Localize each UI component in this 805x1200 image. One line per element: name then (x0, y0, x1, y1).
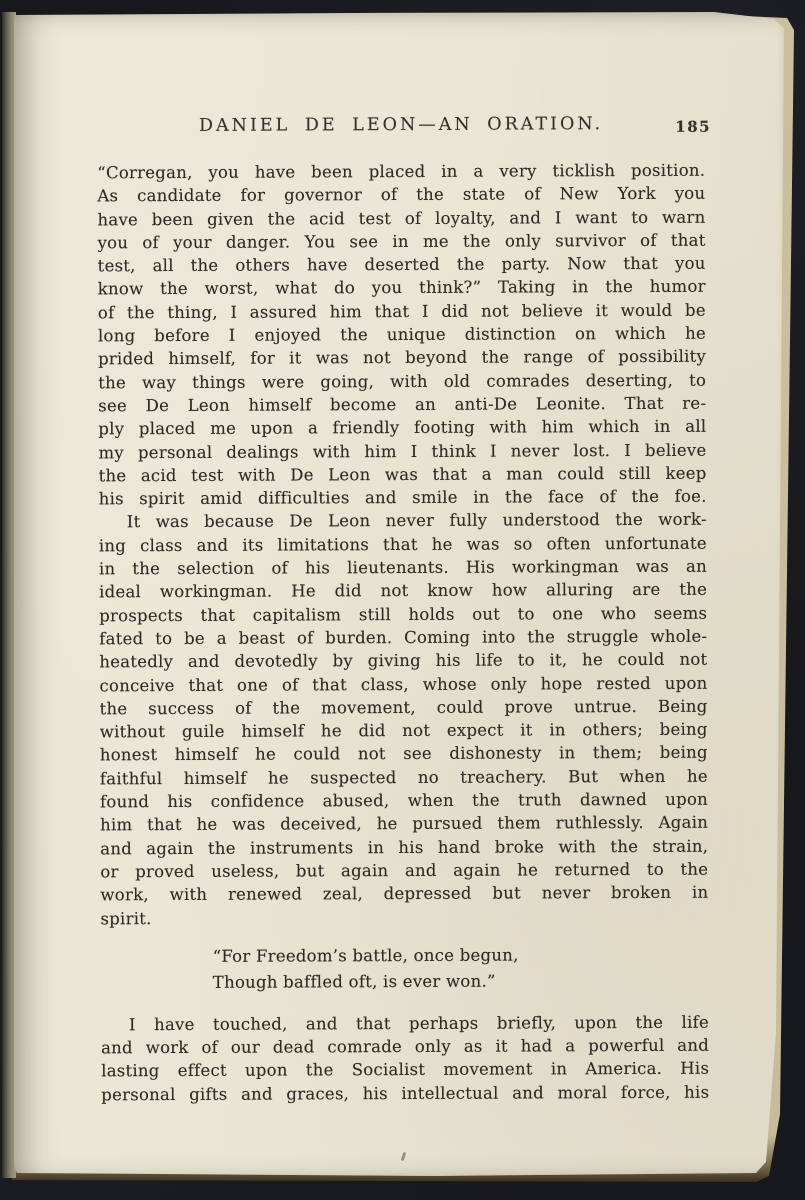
text-line: ing class and its limitations that he wa… (99, 531, 707, 557)
text-line: heatedly and devotedly by giving his lif… (99, 648, 707, 674)
text-line: ideal workingman. He did not know how al… (99, 578, 707, 604)
verse-line: Though baffled oft, is ever won.” (213, 968, 709, 997)
book-page: DANIEL DE LEON—AN ORATION. 185 “Corregan… (14, 12, 787, 1178)
text-line: I have touched, and that perhaps briefly… (101, 1010, 709, 1036)
text-line: work, with renewed zeal, depressed but n… (100, 881, 708, 907)
text-line: faithful himself he suspected no treache… (100, 764, 708, 790)
text-line: have been given the acid test of loyalty… (97, 205, 705, 231)
text-line: and work of our dead comrade only as it … (101, 1034, 709, 1060)
text-line: “Corregan, you have been placed in a ver… (97, 159, 705, 185)
text-line: and again the instruments in his hand br… (100, 834, 708, 860)
text-line: It was because De Leon never fully under… (99, 508, 707, 534)
page-number: 185 (675, 116, 711, 138)
verse-quote: “For Freedom’s battle, once begun,Though… (101, 941, 709, 997)
paragraph: “Corregan, you have been placed in a ver… (97, 159, 707, 511)
text-line: the success of the movement, could prove… (100, 694, 708, 720)
text-line: without guile himself he did not expect … (100, 718, 708, 744)
page-content: DANIEL DE LEON—AN ORATION. 185 “Corregan… (97, 113, 709, 1107)
text-line: prided himself, for it was not beyond th… (98, 345, 706, 371)
text-line: fated to be a beast of burden. Coming in… (99, 625, 707, 651)
text-line: know the worst, what do you think?” Taki… (98, 275, 706, 301)
text-line: found his confidence abused, when the tr… (100, 788, 708, 814)
text-line: test, all the others have deserted the p… (98, 252, 706, 278)
text-line: the acid test with De Leon was that a ma… (99, 462, 707, 488)
text-line: the way things were going, with old comr… (98, 368, 706, 394)
text-line: personal gifts and graces, his intellect… (101, 1080, 709, 1106)
text-line: you of your danger. You see in me the on… (98, 229, 706, 255)
text-line: of the thing, I assured him that I did n… (98, 298, 706, 324)
text-line: his spirit amid difficulties and smile i… (99, 485, 707, 511)
text-line: ply placed me upon a friendly footing wi… (98, 415, 706, 441)
text-line: lasting effect upon the Socialist moveme… (101, 1057, 709, 1083)
text-line: prospects that capitalism still holds ou… (99, 601, 707, 627)
text-line: or proved useless, but again and again h… (100, 858, 708, 884)
text-line: honest himself he could not see dishones… (100, 741, 708, 767)
scanned-book-photo: { "colors": { "background": "#17181c", "… (0, 0, 805, 1200)
text-line: spirit. (100, 904, 708, 930)
text-body: “Corregan, you have been placed in a ver… (97, 159, 709, 1107)
text-line: see De Leon himself become an anti-De Le… (98, 392, 706, 418)
paragraph: I have touched, and that perhaps briefly… (101, 1010, 709, 1106)
book-binding-edge (2, 12, 16, 1178)
text-line: conceive that one of that class, whose o… (99, 671, 707, 697)
verse-line: “For Freedom’s battle, once begun, (213, 941, 709, 970)
page-title: DANIEL DE LEON—AN ORATION. (199, 114, 603, 136)
ink-speck (401, 1152, 407, 1161)
text-line: my personal dealings with him I think I … (98, 438, 706, 464)
text-line: in the selection of his lieutenants. His… (99, 555, 707, 581)
running-header: DANIEL DE LEON—AN ORATION. 185 (97, 113, 705, 138)
paragraph: It was because De Leon never fully under… (99, 508, 709, 930)
text-line: As candidate for governor of the state o… (97, 182, 705, 208)
text-line: him that he was deceived, he pursued the… (100, 811, 708, 837)
text-line: long before I enjoyed the unique distinc… (98, 322, 706, 348)
